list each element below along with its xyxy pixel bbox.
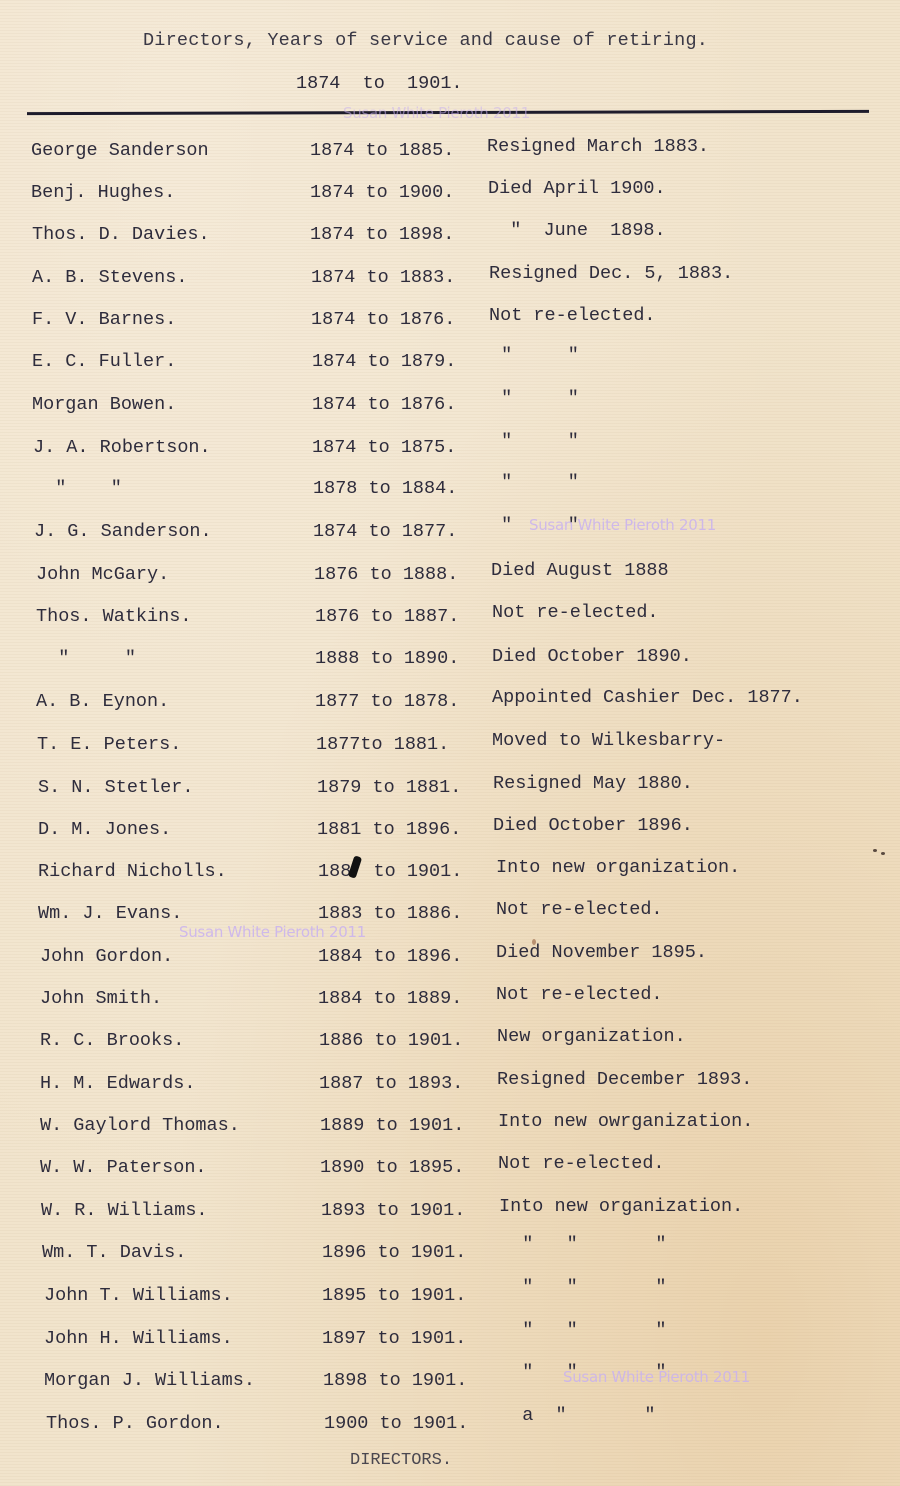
retirement-cause: " ": [490, 345, 579, 366]
retirement-cause: " " ": [500, 1362, 667, 1383]
service-years: 1874 to 1885.: [310, 140, 454, 161]
paper-speck: [881, 852, 885, 855]
director-row: E. C. Fuller. 1874 to 1879. " ": [0, 351, 900, 375]
service-years: 1888 to 1890.: [315, 648, 459, 669]
director-row: Wm. J. Evans. 1883 to 1886. Not re-elect…: [0, 903, 900, 927]
director-name: John H. Williams.: [44, 1328, 233, 1349]
director-row: J. A. Robertson. 1874 to 1875. " ": [0, 437, 900, 461]
service-years: 1878 to 1884.: [313, 478, 457, 499]
director-row: Thos. Watkins. 1876 to 1887. Not re-elec…: [0, 606, 900, 630]
retirement-cause: Appointed Cashier Dec. 1877.: [492, 687, 803, 708]
director-name: J. A. Robertson.: [33, 437, 211, 458]
service-years: 1898 to 1901.: [323, 1370, 467, 1391]
director-name: John Smith.: [40, 988, 162, 1009]
director-name: " ": [36, 648, 136, 669]
director-name: S. N. Stetler.: [38, 777, 193, 798]
retirement-cause: Died April 1900.: [488, 178, 666, 199]
service-years: 1900 to 1901.: [324, 1413, 468, 1434]
retirement-cause: Resigned May 1880.: [493, 773, 693, 794]
service-years: 1879 to 1881.: [317, 777, 461, 798]
service-years: 1874 to 1879.: [312, 351, 456, 372]
director-name: John T. Williams.: [44, 1285, 233, 1306]
director-name: R. C. Brooks.: [40, 1030, 184, 1051]
director-name: Benj. Hughes.: [31, 182, 175, 203]
service-years: 1874 to 1900.: [310, 182, 454, 203]
director-name: H. M. Edwards.: [40, 1073, 195, 1094]
paper-speck: [532, 939, 536, 945]
paper-speck: [873, 849, 877, 852]
service-years: 1895 to 1901.: [322, 1285, 466, 1306]
director-row: W. W. Paterson. 1890 to 1895. Not re-ele…: [0, 1157, 900, 1181]
service-years: 1883 to 1886.: [318, 903, 462, 924]
retirement-cause: Not re-elected.: [492, 602, 659, 623]
director-row: " " 1888 to 1890. Died October 1890.: [0, 648, 900, 672]
director-row: John T. Williams. 1895 to 1901. " " ": [0, 1285, 900, 1309]
director-row: Morgan Bowen. 1874 to 1876. " ": [0, 394, 900, 418]
director-row: H. M. Edwards. 1887 to 1893. Resigned De…: [0, 1073, 900, 1097]
director-row: S. N. Stetler. 1879 to 1881. Resigned Ma…: [0, 777, 900, 801]
director-name: Thos. Watkins.: [36, 606, 191, 627]
director-name: John Gordon.: [40, 946, 173, 967]
director-row: Wm. T. Davis. 1896 to 1901. " " ": [0, 1242, 900, 1266]
service-years: 1889 to 1901.: [320, 1115, 464, 1136]
retirement-cause: Moved to Wilkesbarry-: [492, 730, 725, 751]
retirement-cause: Died November 1895.: [496, 942, 707, 963]
retirement-cause: Into new owrganization.: [498, 1111, 753, 1132]
service-years: 1886 to 1901.: [319, 1030, 463, 1051]
director-name: Thos. D. Davies.: [32, 224, 210, 245]
director-row: A. B. Stevens. 1874 to 1883. Resigned De…: [0, 267, 900, 291]
director-row: A. B. Eynon. 1877 to 1878. Appointed Cas…: [0, 691, 900, 715]
service-years: 1884 to 1889.: [318, 988, 462, 1009]
director-name: A. B. Eynon.: [36, 691, 169, 712]
director-name: " ": [33, 478, 122, 499]
director-row: Richard Nicholls. 188 to 1901. Into new …: [0, 861, 900, 885]
director-row: Thos. P. Gordon. 1900 to 1901. a " ": [0, 1413, 900, 1437]
service-years: 1874 to 1883.: [311, 267, 455, 288]
retirement-cause: New organization.: [497, 1026, 686, 1047]
retirement-cause: Not re-elected.: [496, 899, 663, 920]
document-date-range: 1874 to 1901.: [296, 73, 463, 94]
service-years: 1881 to 1896.: [317, 819, 461, 840]
page-footer: DIRECTORS.: [350, 1451, 452, 1470]
retirement-cause: Not re-elected.: [496, 984, 663, 1005]
director-name: John McGary.: [36, 564, 169, 585]
director-row: J. G. Sanderson. 1874 to 1877. " ": [0, 521, 900, 545]
director-row: Morgan J. Williams. 1898 to 1901. " " ": [0, 1370, 900, 1394]
director-name: W. R. Williams.: [41, 1200, 208, 1221]
retirement-cause: Resigned December 1893.: [497, 1069, 752, 1090]
director-row: Thos. D. Davies. 1874 to 1898. " June 18…: [0, 224, 900, 248]
retirement-cause: " ": [490, 388, 579, 409]
director-row: Benj. Hughes. 1874 to 1900. Died April 1…: [0, 182, 900, 206]
service-years: 1877 to 1878.: [315, 691, 459, 712]
director-row: George Sanderson 1874 to 1885. Resigned …: [0, 140, 900, 164]
retirement-cause: " ": [490, 515, 579, 536]
retirement-cause: Into new organization.: [496, 857, 740, 878]
director-name: A. B. Stevens.: [32, 267, 187, 288]
retirement-cause: a " ": [500, 1405, 655, 1426]
director-name: T. E. Peters.: [37, 734, 181, 755]
director-name: D. M. Jones.: [38, 819, 171, 840]
director-row: W. R. Williams. 1893 to 1901. Into new o…: [0, 1200, 900, 1224]
director-row: John McGary. 1876 to 1888. Died August 1…: [0, 564, 900, 588]
director-row: W. Gaylord Thomas. 1889 to 1901. Into ne…: [0, 1115, 900, 1139]
watermark: Susan White Pieroth 2011: [343, 104, 530, 122]
retirement-cause: " June 1898.: [488, 220, 666, 241]
director-name: W. W. Paterson.: [40, 1157, 207, 1178]
service-years: 1874 to 1877.: [313, 521, 457, 542]
director-name: George Sanderson: [31, 140, 209, 161]
retirement-cause: Resigned Dec. 5, 1883.: [489, 263, 733, 284]
retirement-cause: " ": [490, 472, 579, 493]
director-name: Wm. T. Davis.: [42, 1242, 186, 1263]
service-years: 1874 to 1898.: [310, 224, 454, 245]
director-row: John Gordon. 1884 to 1896. Died November…: [0, 946, 900, 970]
director-name: E. C. Fuller.: [32, 351, 176, 372]
service-years: 1896 to 1901.: [322, 1242, 466, 1263]
service-years: 1884 to 1896.: [318, 946, 462, 967]
retirement-cause: " " ": [500, 1320, 667, 1341]
retirement-cause: Died August 1888: [491, 560, 669, 581]
service-years: 1876 to 1888.: [314, 564, 458, 585]
service-years: 1874 to 1876.: [312, 394, 456, 415]
retirement-cause: Not re-elected.: [498, 1153, 665, 1174]
retirement-cause: Died October 1896.: [493, 815, 693, 836]
director-name: Richard Nicholls.: [38, 861, 227, 882]
director-name: F. V. Barnes.: [32, 309, 176, 330]
retirement-cause: Into new organization.: [499, 1196, 743, 1217]
service-years: 1876 to 1887.: [315, 606, 459, 627]
service-years: 1887 to 1893.: [319, 1073, 463, 1094]
director-row: John Smith. 1884 to 1889. Not re-elected…: [0, 988, 900, 1012]
director-row: John H. Williams. 1897 to 1901. " " ": [0, 1328, 900, 1352]
director-name: Wm. J. Evans.: [38, 903, 182, 924]
director-name: J. G. Sanderson.: [34, 521, 212, 542]
retirement-cause: Not re-elected.: [489, 305, 656, 326]
director-name: Morgan J. Williams.: [44, 1370, 255, 1391]
retirement-cause: Resigned March 1883.: [487, 136, 709, 157]
director-name: Morgan Bowen.: [32, 394, 176, 415]
director-row: T. E. Peters. 1877to 1881. Moved to Wilk…: [0, 734, 900, 758]
retirement-cause: " ": [490, 431, 579, 452]
service-years: 1893 to 1901.: [321, 1200, 465, 1221]
director-row: R. C. Brooks. 1886 to 1901. New organiza…: [0, 1030, 900, 1054]
document-title: Directors, Years of service and cause of…: [143, 30, 708, 51]
retirement-cause: Died October 1890.: [492, 646, 692, 667]
director-name: Thos. P. Gordon.: [46, 1413, 224, 1434]
service-years: 1897 to 1901.: [322, 1328, 466, 1349]
director-row: D. M. Jones. 1881 to 1896. Died October …: [0, 819, 900, 843]
service-years: 1874 to 1876.: [311, 309, 455, 330]
retirement-cause: " " ": [500, 1277, 667, 1298]
director-row: " " 1878 to 1884. " ": [0, 478, 900, 502]
retirement-cause: " " ": [500, 1234, 667, 1255]
director-row: F. V. Barnes. 1874 to 1876. Not re-elect…: [0, 309, 900, 333]
service-years: 188 to 1901.: [318, 861, 462, 882]
service-years: 1890 to 1895.: [320, 1157, 464, 1178]
director-name: W. Gaylord Thomas.: [40, 1115, 240, 1136]
service-years: 1877to 1881.: [316, 734, 449, 755]
service-years: 1874 to 1875.: [312, 437, 456, 458]
